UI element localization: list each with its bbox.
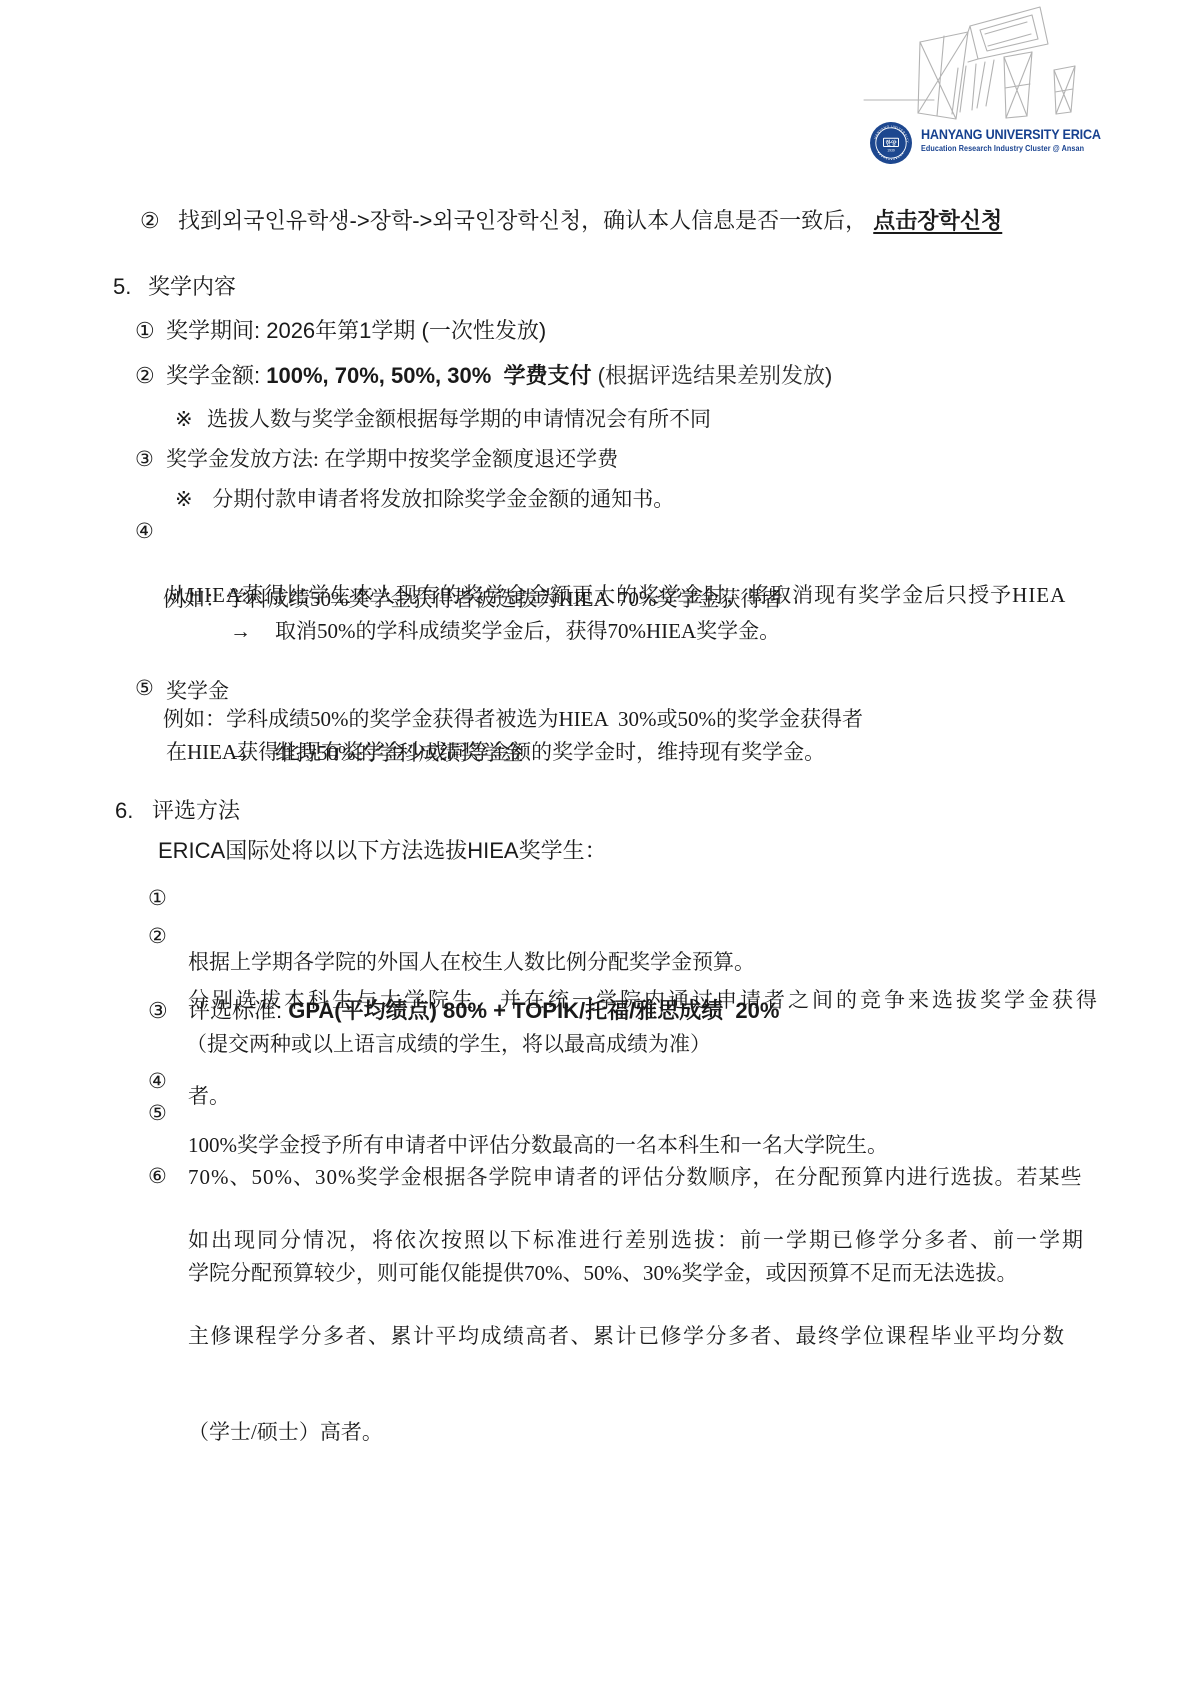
section-5-heading: 5. 奖学内容: [113, 271, 236, 303]
item-text-line: 如出现同分情况，将依次按照以下标准进行差别选拔：前一学期已修学分多者、前一学期: [188, 1224, 1085, 1256]
section-number: 5.: [113, 271, 148, 303]
selection-count-note: ※ 选拔人数与奖学金额根据每学期的申请情况会有所不同: [175, 403, 711, 435]
item-text-line: （学士/硕士）高者。: [188, 1416, 1085, 1448]
seal-year-text: 1939: [887, 149, 895, 153]
rule5-result: → 维持50%的学科成绩奖学金: [230, 737, 524, 769]
item-marker: ④: [148, 1065, 188, 1097]
amount-paren-note: (根据评选结果差别发放): [598, 363, 833, 388]
item-marker: ⑥: [148, 1160, 188, 1192]
result-text: 维持50%的学科成绩奖学金: [275, 737, 524, 769]
amount-bold-text: 100%, 70%, 50%, 30% 学费支付: [266, 363, 597, 388]
section-title: 评选方法: [152, 795, 240, 827]
criteria-label: 评选标准:: [188, 998, 288, 1023]
campus-gate-sketch-illustration: [854, 2, 1084, 124]
portal-step-2: ② 找到외국인유학생->장학->외국인장학신청，确认本人信息是否一致后， 点击장…: [140, 205, 1002, 237]
document-page: HANYANG UNIVERSITY 한양 1939 HANYANG UNIVE…: [0, 0, 1191, 1684]
logo-lockup: HANYANG UNIVERSITY ERICA Education Resea…: [921, 127, 1101, 153]
note-text: 选拔人数与奖学金额根据每学期的申请情况会有所不同: [207, 403, 711, 435]
university-seal: HANYANG UNIVERSITY 한양 1939: [869, 121, 913, 165]
item-marker: ③: [135, 443, 166, 475]
item-marker: ③: [148, 995, 188, 1027]
section-6-heading: 6. 评选方法: [115, 795, 240, 827]
item-marker: ②: [148, 920, 188, 952]
scholarship-amount-item: ② 奖学金额: 100%, 70%, 50%, 30% 学费支付 (根据评选结果…: [135, 360, 832, 392]
evaluation-criteria-item: ③ 评选标准: GPA(平均绩点) 80% + TOPIK/托福/雅思成绩 20…: [148, 995, 779, 1027]
reference-mark: ※: [175, 483, 207, 515]
item-marker: ⑤: [135, 672, 166, 704]
item-text: 奖学期间: 2026年第1学期 (一次性发放): [166, 315, 546, 347]
item-marker: ⑤: [148, 1097, 188, 1129]
seal-center-text: 한양: [886, 139, 897, 147]
scholarship-apply-link[interactable]: 点击장학신청: [873, 208, 1002, 233]
result-text: 取消50%的学科成绩奖学金后，获得70%HIEA奖学金。: [275, 615, 780, 647]
scholarship-period-item: ① 奖学期间: 2026年第1学期 (一次性发放): [135, 315, 546, 347]
item-text: 奖学金发放方法: 在学期中按奖学金额度退还学费: [166, 443, 618, 475]
logo-title: HANYANG UNIVERSITY ERICA: [921, 127, 1101, 142]
rule5-example: 例如：学科成绩50%的奖学金获得者被选为HIEA 30%或50%的奖学金获得者: [163, 703, 863, 735]
section-6-intro: ERICA国际处将以以下方法选拔HIEA奖学生：: [158, 835, 607, 867]
item-marker: ④: [135, 515, 166, 547]
note-text: 分期付款申请者将发放扣除奖学金金额的通知书。: [207, 483, 674, 515]
section-title: 奖学内容: [148, 271, 236, 303]
step-text: 找到외국인유학생->장학->외국인장학신청，确认本人信息是否一致后，: [178, 208, 873, 233]
arrow-icon: →: [230, 615, 275, 647]
note-text: （提交两种或以上语言成绩的学生，将以最高成绩为准）: [186, 1028, 711, 1060]
tie-break-item: ⑥ 如出现同分情况，将依次按照以下标准进行差别选拔：前一学期已修学分多者、前一学…: [148, 1160, 1085, 1512]
payment-method-item: ③ 奖学金发放方法: 在学期中按奖学金额度退还学费: [135, 443, 618, 475]
amount-label: 奖学金额:: [166, 363, 266, 388]
criteria-paren-note: （提交两种或以上语言成绩的学生，将以最高成绩为准）: [186, 1028, 711, 1060]
item-marker: ②: [140, 205, 178, 237]
item-marker: ①: [135, 315, 166, 347]
example-text: 例如：学科成绩50%的奖学金获得者被选为HIEA 30%或50%的奖学金获得者: [163, 703, 863, 735]
example-text: 例如：学科成绩50%奖学金获得者被选拔为HIEA 70%奖学金获得者: [163, 583, 782, 615]
item-marker: ②: [135, 360, 166, 392]
installment-note: ※ 分期付款申请者将发放扣除奖学金金额的通知书。: [175, 483, 674, 515]
criteria-bold-text: GPA(平均绩点) 80% + TOPIK/托福/雅思成绩 20%: [288, 998, 779, 1023]
intro-text: ERICA国际处将以以下方法选拔HIEA奖学生：: [158, 835, 607, 867]
item-text-line: 主修课程学分多者、累计平均成绩高者、累计已修学分多者、最终学位课程毕业平均分数: [188, 1320, 1085, 1352]
item-marker: ①: [148, 882, 188, 914]
rule4-example: 例如：学科成绩50%奖学金获得者被选拔为HIEA 70%奖学金获得者: [163, 583, 782, 615]
rule4-result: → 取消50%的学科成绩奖学金后，获得70%HIEA奖学金。: [230, 615, 780, 647]
reference-mark: ※: [175, 403, 207, 435]
logo-tagline: Education Research Industry Cluster @ An…: [921, 144, 1101, 153]
section-number: 6.: [115, 795, 152, 827]
arrow-icon: →: [230, 737, 275, 769]
